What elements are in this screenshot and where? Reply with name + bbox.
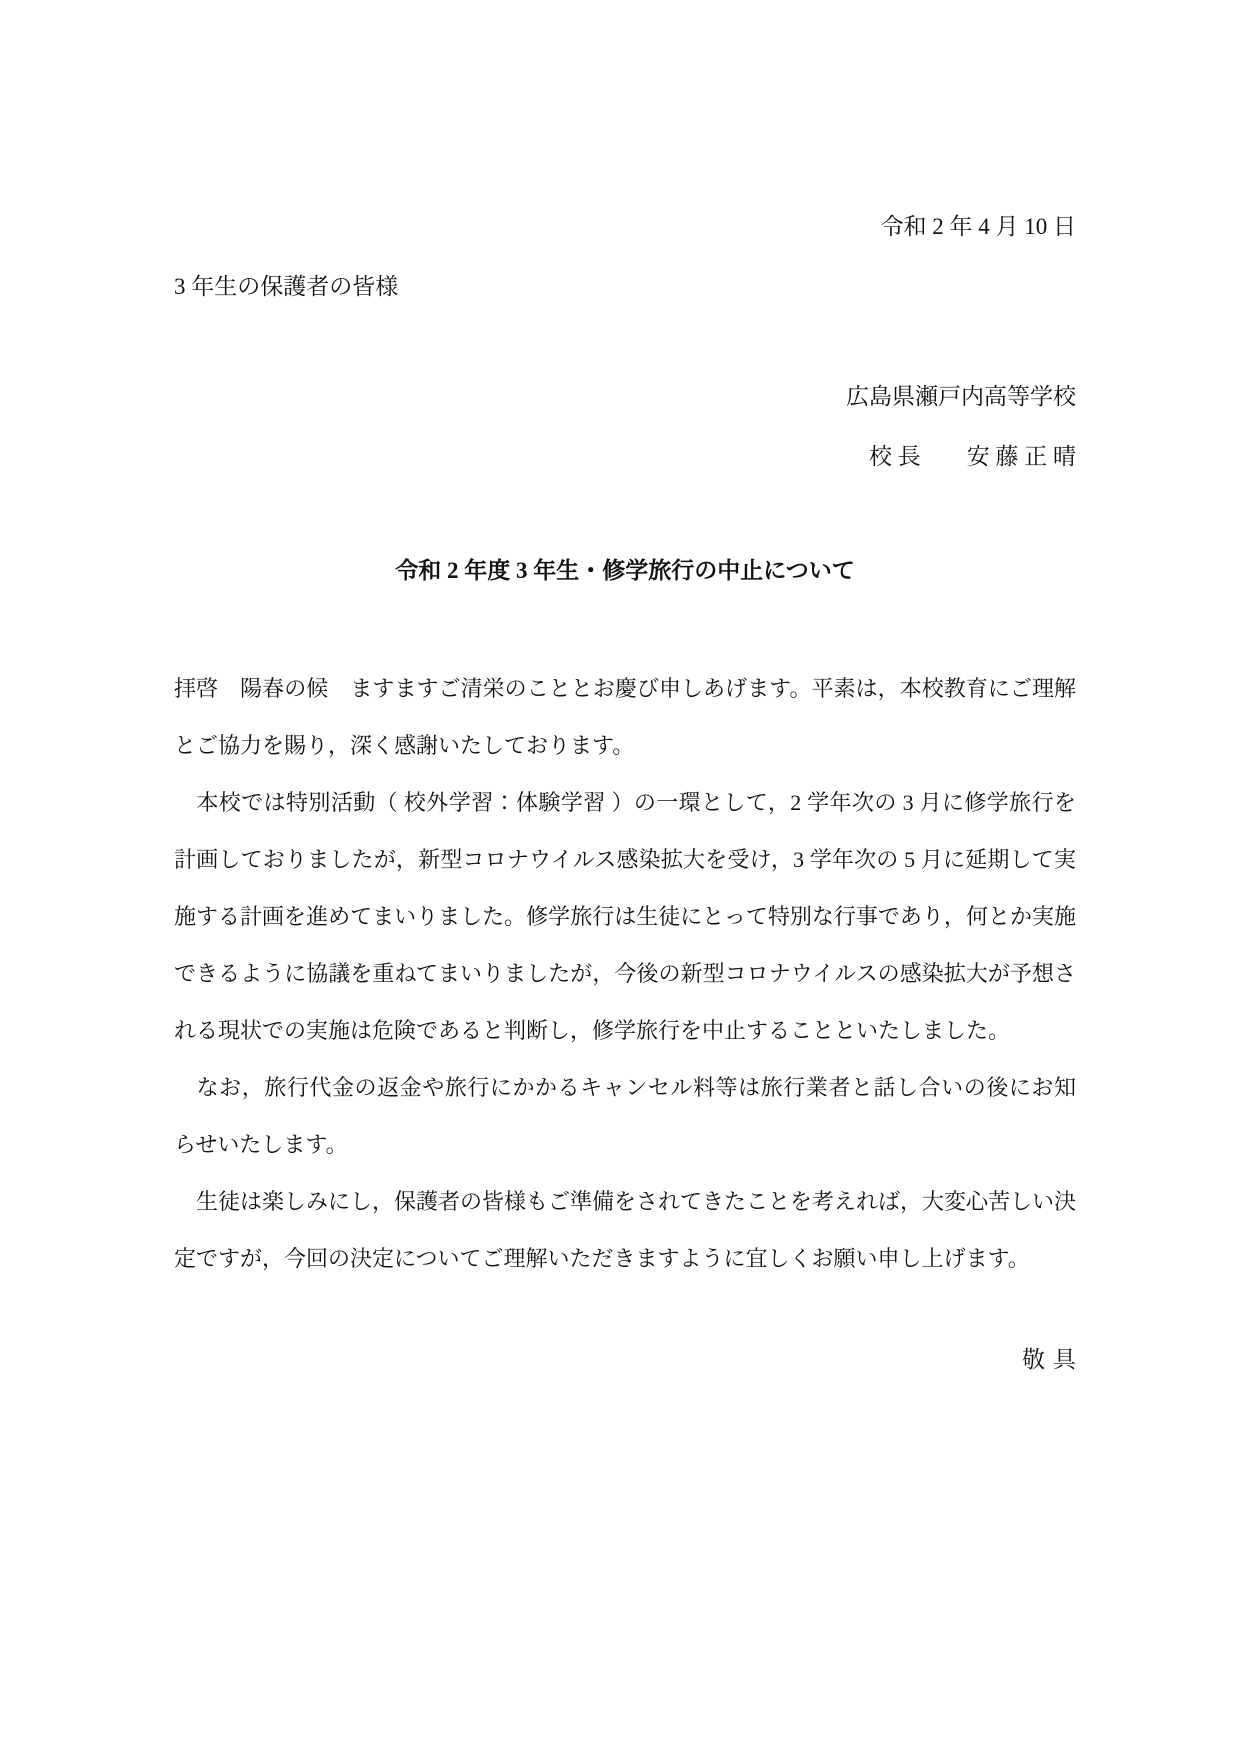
sender-principal-name: 校 長 安 藤 正 晴 [174,440,1076,474]
body-paragraph: 生徒は楽しみにし，保護者の皆様もご準備をされてきたことを考えれば，大変心苦しい決… [174,1173,1076,1287]
sender-school-name: 広島県瀬戸内高等学校 [174,380,1076,414]
letter-closing: 敬具 [174,1343,1084,1377]
letter-body: 拝啓 陽春の候 ますますご清栄のこととお慶び申しあげます。平素は，本校教育にご理… [174,660,1076,1287]
body-paragraph: 拝啓 陽春の候 ますますご清栄のこととお慶び申しあげます。平素は，本校教育にご理… [174,660,1076,774]
letter-recipient: 3 年生の保護者の皆様 [174,270,1076,304]
body-paragraph: 本校では特別活動（ 校外学習：体験学習 ）の一環として，2 学年次の 3 月に修… [174,774,1076,1059]
letter-page: 令和 2 年 4 月 10 日 3 年生の保護者の皆様 広島県瀬戸内高等学校 校… [0,0,1239,1754]
body-paragraph: なお，旅行代金の返金や旅行にかかるキャンセル料等は旅行業者と話し合いの後にお知ら… [174,1059,1076,1173]
letter-date: 令和 2 年 4 月 10 日 [174,210,1076,244]
letter-title: 令和 2 年度 3 年生・修学旅行の中止について [174,554,1076,588]
